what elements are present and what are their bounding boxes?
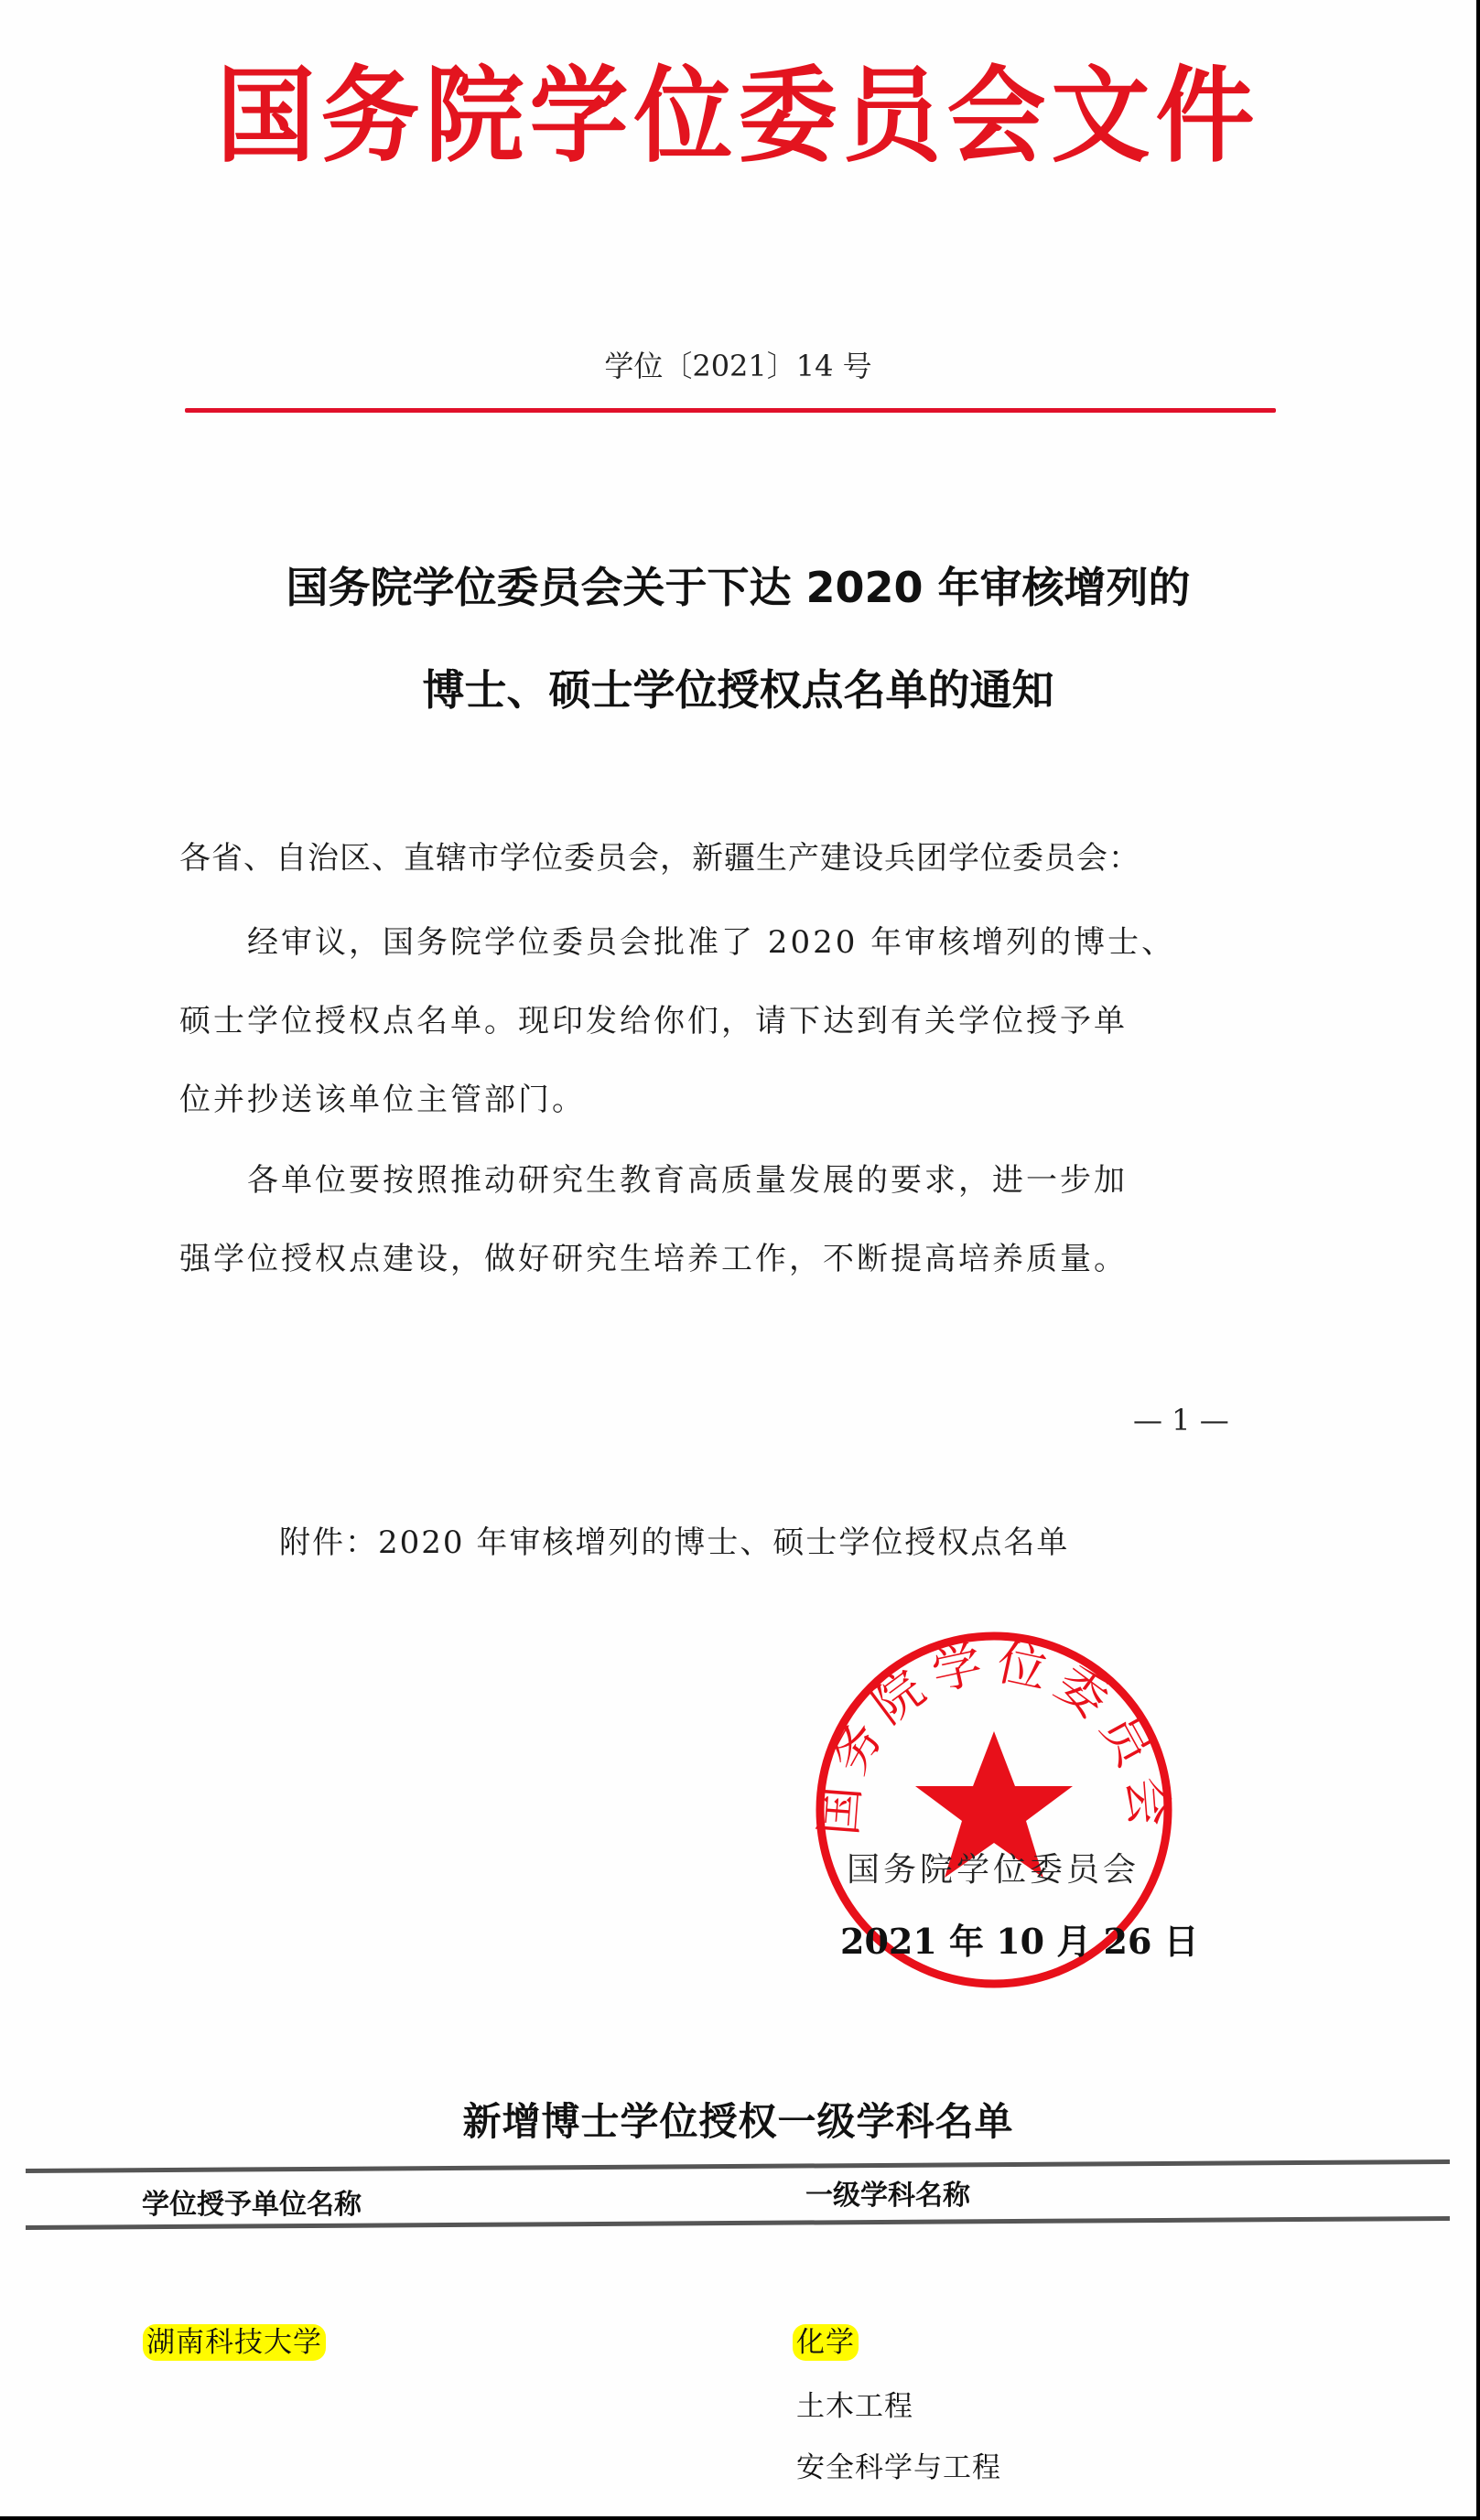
table-row-institution: 湖南科技大学 [143, 2322, 326, 2363]
body-paragraph-1-line-2: 硕士学位授权点名单。现印发给你们，请下达到有关学位授予单 [179, 999, 1128, 1043]
document-page: 国务院学位委员会文件 学位〔2021〕14 号 国务院学位委员会关于下达 202… [0, 0, 1480, 2520]
table-row-discipline: 土木工程 [796, 2386, 913, 2427]
notice-heading-line-1: 国务院学位委员会关于下达 2020 年审核增列的 [0, 560, 1476, 615]
body-paragraph-1-line-1: 经审议，国务院学位委员会批准了 2020 年审核增列的博士、 [179, 921, 1175, 964]
column-header-discipline: 一级学科名称 [805, 2178, 970, 2214]
body-paragraph-1-line-3: 位并抄送该单位主管部门。 [179, 1078, 586, 1122]
table-row-discipline: 化学 [793, 2322, 859, 2363]
column-header-institution: 学位授予单位名称 [142, 2187, 362, 2224]
notice-heading-line-2: 博士、硕士学位授权点名单的通知 [0, 662, 1476, 717]
table-title: 新增博士学位授权一级学科名单 [0, 2095, 1476, 2148]
body-paragraph-2-line-2: 强学位授权点建设，做好研究生培养工作，不断提高培养质量。 [179, 1237, 1128, 1281]
highlighted-institution: 湖南科技大学 [143, 2324, 326, 2361]
highlighted-discipline: 化学 [793, 2324, 859, 2361]
salutation: 各省、自治区、直辖市学位委员会，新疆生产建设兵团学位委员会： [179, 836, 1140, 880]
issue-date: 2021 年 10 月 26 日 [840, 1920, 1199, 1964]
masthead-title: 国务院学位委员会文件 [0, 50, 1476, 185]
table-top-rule [26, 2159, 1450, 2173]
table-row-discipline: 安全科学与工程 [796, 2448, 1001, 2488]
page-number: — 1 — [1133, 1400, 1229, 1440]
attachment-line: 附件：2020 年审核增列的博士、硕士学位授权点名单 [279, 1521, 1069, 1565]
issuer-signature: 国务院学位委员会 [847, 1848, 1140, 1892]
body-paragraph-2-line-1: 各单位要按照推动研究生教育高质量发展的要求，进一步加 [179, 1158, 1128, 1202]
red-divider [185, 408, 1276, 413]
document-number: 学位〔2021〕14 号 [0, 346, 1476, 386]
